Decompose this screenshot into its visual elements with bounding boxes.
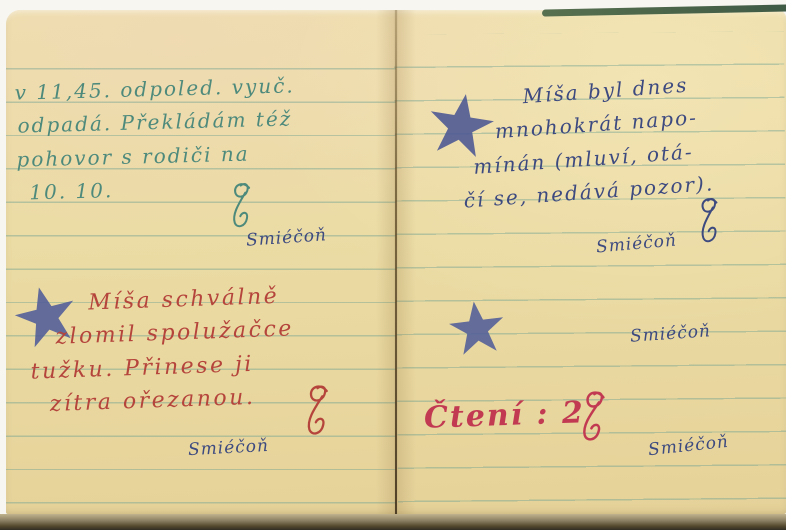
star-stamp-icon — [445, 296, 510, 361]
teacher-initials-paraph-icon — [691, 193, 727, 248]
teacher-initials-paraph-icon — [295, 380, 339, 442]
blue-teacher-note: Míša byl dnes mnohokrát napo- mínán (mlu… — [456, 67, 716, 218]
notebook-scan: v 11,45. odpoled. vyuč. odpadá. Překládá… — [0, 0, 786, 530]
teacher-initials-paraph-icon — [222, 179, 260, 233]
teacher-signature: Smiéčoň — [188, 436, 270, 460]
notebook-spine — [395, 10, 397, 514]
grade-entry: Čtení : 2 — [423, 395, 585, 436]
teacher-initials-paraph-icon — [570, 386, 616, 449]
page-stack-edge — [0, 514, 786, 530]
red-teacher-note: Míša schválně zlomil spolužačce tužku. P… — [28, 279, 297, 422]
